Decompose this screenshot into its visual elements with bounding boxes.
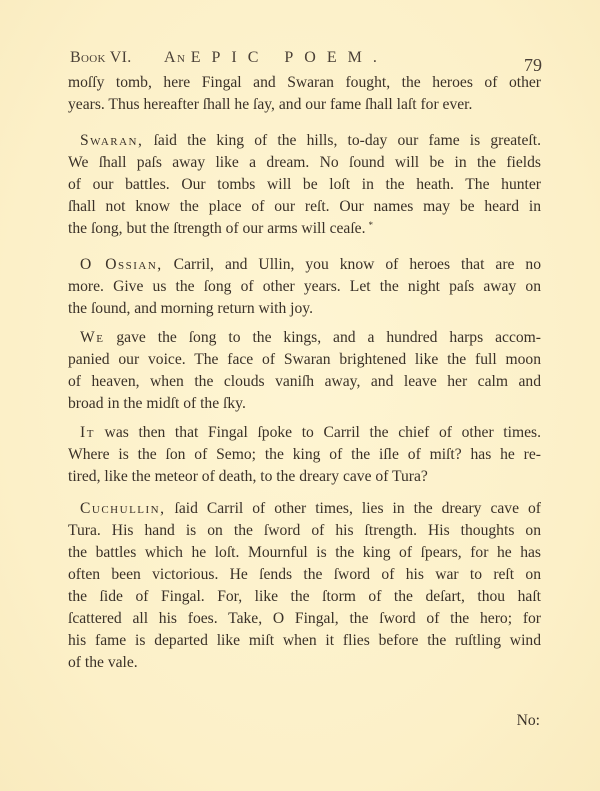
paragraph-5: It was then that Fingal ſpoke to Carril … (68, 422, 541, 488)
paragraph-1: moſſy tomb, here Fingal and Swaran fough… (68, 72, 541, 116)
running-title-rest: EPIC POEM. (191, 49, 388, 66)
text-line: the ſide of Fingal. For, like the ſtorm … (68, 586, 541, 608)
footnote-mark: * (369, 220, 374, 230)
text-line: of the vale. (68, 652, 541, 674)
text-line: more. Give us the ſong of other years. L… (68, 276, 541, 298)
text-line: of heaven, when the clouds vaniſh away, … (68, 371, 541, 393)
text-line: of our battles. Our tombs will be loſt i… (68, 174, 541, 196)
text-line: moſſy tomb, here Fingal and Swaran fough… (68, 72, 541, 94)
text-line: broad in the midſt of the ſky. (68, 393, 541, 415)
text-line: ſcattered all his foes. Take, O Fingal, … (68, 608, 541, 630)
running-title-an: An (164, 49, 187, 66)
text-line: his fame is departed like miſt when it f… (68, 630, 541, 652)
book-page: Book VI. An EPIC POEM. 79 moſſy tomb, he… (0, 0, 600, 791)
running-title: An EPIC POEM. (164, 49, 388, 67)
lead-word: We (80, 329, 104, 346)
text-line: O Ossian, Carril, and Ullin, you know of… (68, 254, 541, 276)
text-line: It was then that Fingal ſpoke to Carril … (68, 422, 541, 444)
text-line: We ſhall paſs away like a dream. No ſoun… (68, 152, 541, 174)
paragraph-2: Swaran, ſaid the king of the hills, to-d… (68, 130, 541, 240)
lead-word: It (80, 424, 95, 441)
running-header: Book VI. An EPIC POEM. 79 (70, 47, 542, 71)
text-line: Cuchullin, ſaid Carril of other times, l… (68, 498, 541, 520)
paragraph-3: O Ossian, Carril, and Ullin, you know of… (68, 254, 541, 320)
paragraph-4: We gave the ſong to the kings, and a hun… (68, 327, 541, 415)
text-line: the ſong, but the ſtrength of our arms w… (68, 218, 541, 240)
text-line: years. Thus hereafter ſhall he ſay, and … (68, 94, 541, 116)
paragraph-6: Cuchullin, ſaid Carril of other times, l… (68, 498, 541, 674)
text-line: the battles which he loſt. Mournful is t… (68, 542, 541, 564)
text-line: Swaran, ſaid the king of the hills, to-d… (68, 130, 541, 152)
text-line: ſhall not know the place of our reſt. Ou… (68, 196, 541, 218)
text-line: Tura. His hand is on the ſword of his ſt… (68, 520, 541, 542)
text-line: Where is the ſon of Semo; the king of th… (68, 444, 541, 466)
text-line: We gave the ſong to the kings, and a hun… (68, 327, 541, 349)
text-line: panied our voice. The face of Swaran bri… (68, 349, 541, 371)
text-line: tired, like the meteor of death, to the … (68, 466, 541, 488)
page-body: moſſy tomb, here Fingal and Swaran fough… (68, 72, 541, 674)
speaker-name: Cuchullin, (80, 500, 166, 517)
text-line: often been victorious. He ſends the ſwor… (68, 564, 541, 586)
catchword: No: (517, 712, 540, 730)
text-line: the ſound, and morning return with joy. (68, 298, 541, 320)
speaker-name: Swaran, (80, 132, 143, 149)
speaker-name: O Ossian, (80, 256, 163, 273)
book-label: Book VI. (70, 49, 132, 67)
